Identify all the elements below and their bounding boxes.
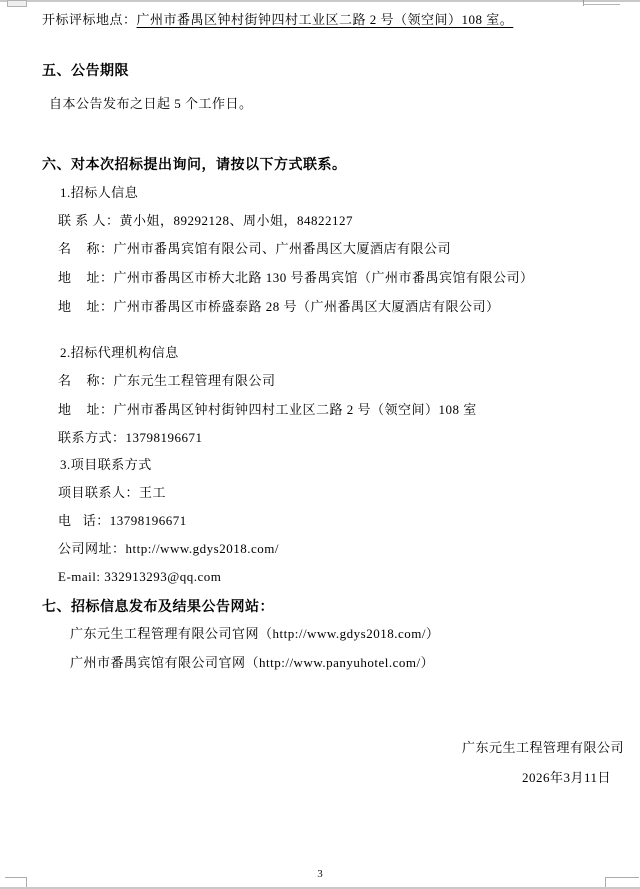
viewport-top-border [0,0,640,2]
signature-date: 2026年3月11日 [522,770,611,786]
tenderer-address-line-2: 地 址：广州市番禺区市桥盛泰路 28 号（广州番禺区大厦酒店有限公司） [58,299,500,315]
publish-site-line-1: 广东元生工程管理有限公司官网（http://www.gdys2018.com/） [70,626,439,642]
ruler-tick-icon [583,0,584,6]
section-7-heading: 七、招标信息发布及结果公告网站： [42,598,274,614]
announcement-period-text: 自本公告发布之日起 5 个工作日。 [49,96,253,112]
page-number: 3 [0,868,640,880]
ruler-fragment-right [583,4,620,5]
email-line: E-mail: 332913293@qq.com [58,569,221,585]
tenderer-address-line-1: 地 址：广州市番禺区市桥大北路 130 号番禺宾馆（广州市番禺宾馆有限公司） [58,270,534,286]
ruler-fragment-left [7,0,27,7]
section-5-heading: 五、公告期限 [42,62,129,78]
project-contact-person-line: 项目联系人：王工 [58,485,166,501]
project-phone-line: 电 话：13798196671 [58,513,187,529]
tenderer-name-line: 名 称：广州市番禺宾馆有限公司、广州番禺区大厦酒店有限公司 [58,241,451,257]
agency-contact-line: 联系方式：13798196671 [58,430,203,446]
document-page: 开标评标地点：广州市番禺区钟村街钟四村工业区二路 2 号（领空间）108 室。 … [0,0,640,889]
bid-opening-location-label: 开标评标地点： [42,12,137,27]
company-website-line: 公司网址：http://www.gdys2018.com/ [58,541,279,557]
tenderer-contact-line: 联 系 人：黄小姐，89292128、周小姐，84822127 [58,213,353,229]
agency-name-line: 名 称：广东元生工程管理有限公司 [58,373,276,389]
agency-address-line: 地 址：广州市番禺区钟村街钟四村工业区二路 2 号（领空间）108 室 [58,402,477,418]
signature-company: 广东元生工程管理有限公司 [462,740,624,756]
bid-opening-location-line: 开标评标地点：广州市番禺区钟村街钟四村工业区二路 2 号（领空间）108 室。 [42,12,513,28]
tenderer-info-title: 1.招标人信息 [60,185,138,201]
project-contact-title: 3.项目联系方式 [60,457,152,473]
publish-site-line-2: 广州市番禺宾馆有限公司官网（http://www.panyuhotel.com/… [70,655,434,671]
bid-opening-location-address: 广州市番禺区钟村街钟四村工业区二路 2 号（领空间）108 室。 [137,12,514,27]
section-6-heading: 六、对本次招标提出询问，请按以下方式联系。 [42,156,347,172]
agency-info-title: 2.招标代理机构信息 [60,345,179,361]
